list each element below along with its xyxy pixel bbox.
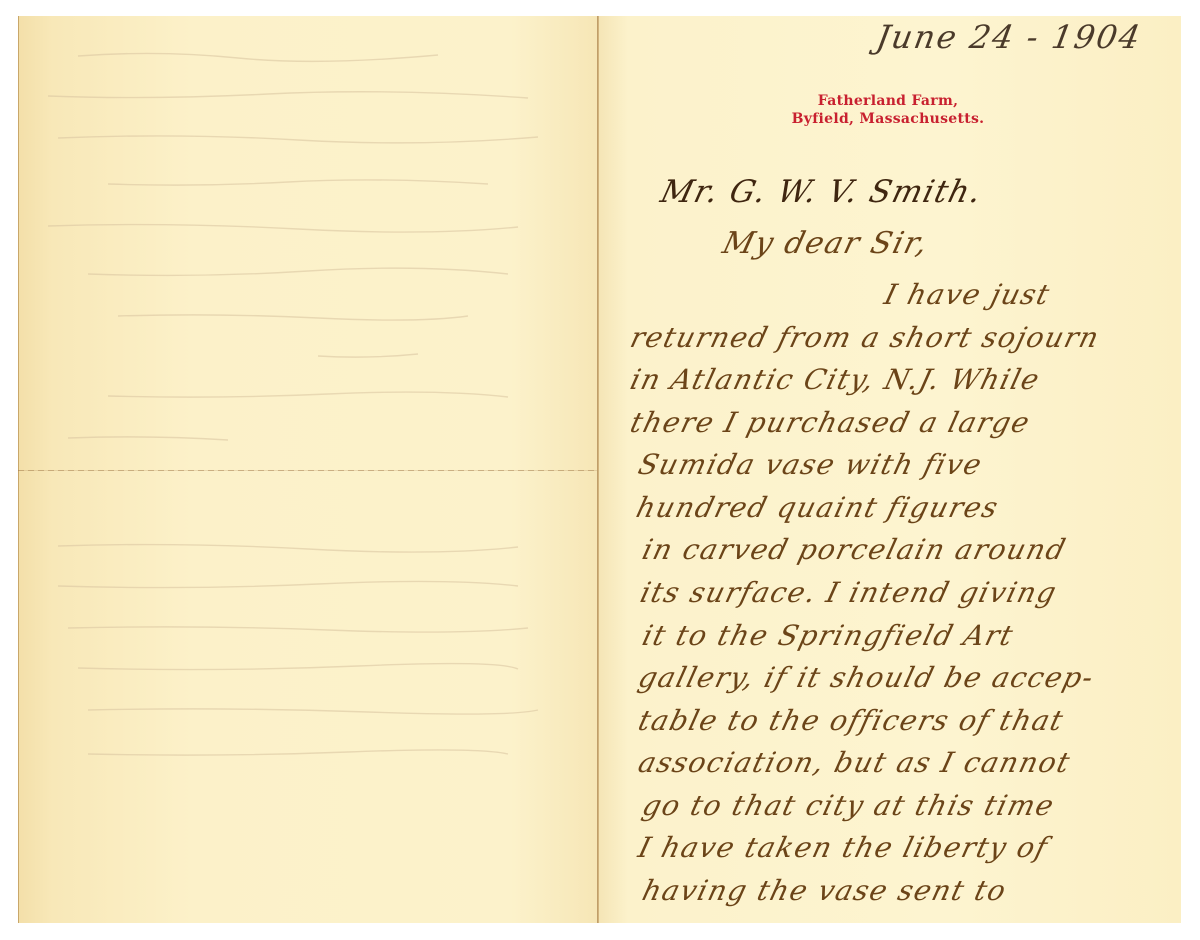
horizontal-fold-crease xyxy=(18,470,598,471)
body-line: Sumida vase with five xyxy=(635,448,986,481)
body-line: returned from a short sojourn xyxy=(627,321,1103,354)
body-line: having the vase sent to xyxy=(639,874,1010,907)
body-line: in Atlantic City, N.J. While xyxy=(627,363,1044,396)
body-line: association, but as I cannot xyxy=(635,746,1074,779)
body-line: gallery, if it should be accep- xyxy=(635,661,1098,694)
body-line: there I purchased a large xyxy=(627,406,1034,439)
date-pencil: June 24 - 1904 xyxy=(874,18,1145,56)
body-line: I have taken the liberty of xyxy=(635,831,1052,864)
letterhead: Fatherland Farm, Byfield, Massachusetts. xyxy=(597,92,1179,128)
body-line: table to the officers of that xyxy=(635,704,1068,737)
letterhead-line-1: Fatherland Farm, xyxy=(597,92,1179,110)
letterhead-line-2: Byfield, Massachusetts. xyxy=(597,110,1179,128)
body-line: in carved porcelain around xyxy=(639,533,1070,566)
salutation: My dear Sir, xyxy=(719,226,932,261)
right-page: June 24 - 1904 Fatherland Farm, Byfield,… xyxy=(599,16,1181,923)
body-line: its surface. I intend giving xyxy=(637,576,1061,609)
body-line: go to that city at this time xyxy=(639,789,1058,822)
body-line: hundred quaint figures xyxy=(633,491,1002,524)
body-line: I have just xyxy=(881,278,1054,311)
center-fold xyxy=(597,16,599,923)
body-line: it to the Springfield Art xyxy=(639,619,1018,652)
recipient-line: Mr. G. W. V. Smith. xyxy=(657,174,986,210)
